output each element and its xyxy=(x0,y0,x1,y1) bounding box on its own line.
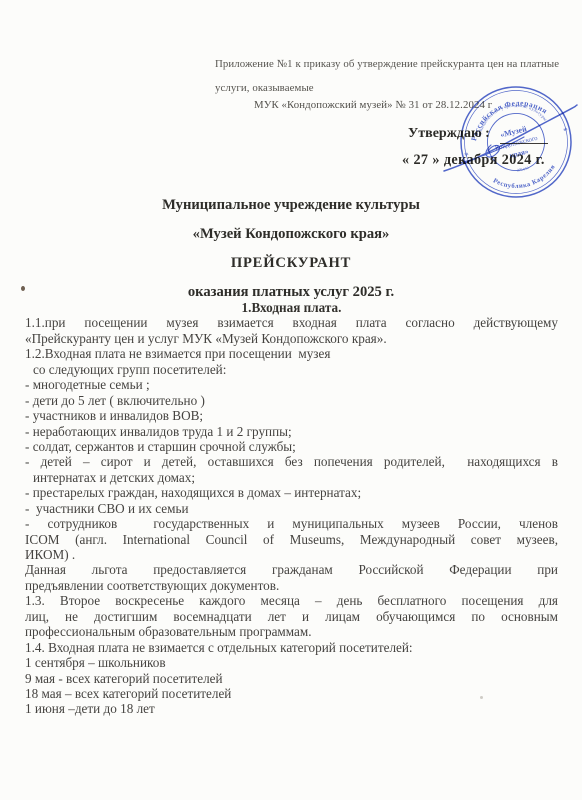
body-line: - неработающих инвалидов труда 1 и 2 гру… xyxy=(25,424,558,439)
appendix-line-1: Приложение №1 к приказу об утверждение п… xyxy=(215,58,559,70)
body-line: со следующих групп посетителей: xyxy=(25,362,558,377)
body-line: ICOM (англ. International Council of Mus… xyxy=(25,532,558,547)
body-line: - участников и инвалидов ВОВ; xyxy=(25,408,558,423)
body-line: 9 мая - всех категорий посетителей xyxy=(25,671,558,686)
body-line: - детей – сирот и детей, оставшихся без … xyxy=(25,454,558,469)
document-body: 1.Входная плата.1.1.при посещении музея … xyxy=(25,300,558,717)
body-line: - дети до 5 лет ( включительно ) xyxy=(25,393,558,408)
body-line: интернатах и детских домах; xyxy=(25,470,558,485)
title-block: Муниципальное учреждение культуры «Музей… xyxy=(0,191,582,307)
body-line: 1.4. Входная плата не взимается с отдель… xyxy=(25,640,558,655)
body-line: 1.3. Второе воскресенье каждого месяца –… xyxy=(25,593,558,608)
signature-stroke-main xyxy=(444,105,577,171)
body-line: профессиональным образовательным програм… xyxy=(25,624,558,639)
body-line: лиц, не достигшим восемнадцати лет и лиц… xyxy=(25,609,558,624)
body-line: - сотрудников государственных и муниципа… xyxy=(25,516,558,531)
body-line: 1 сентября – школьников xyxy=(25,655,558,670)
body-line: «Прейскуранту цен и услуг МУК «Музей Кон… xyxy=(25,331,558,346)
body-line: - многодетные семьи ; xyxy=(25,377,558,392)
body-line: 18 мая – всех категорий посетителей xyxy=(25,686,558,701)
body-line: 1.2.Входная плата не взимается при посещ… xyxy=(25,346,558,361)
body-line: ИКОМ) . xyxy=(25,547,558,562)
body-line: Данная льгота предоставляется гражданам … xyxy=(25,562,558,577)
scan-speck xyxy=(21,286,25,291)
signature-ink xyxy=(430,95,582,190)
scan-speck xyxy=(480,696,483,699)
scanned-document-page: Приложение №1 к приказу об утверждение п… xyxy=(0,0,582,800)
section-heading: 1.Входная плата. xyxy=(25,300,558,315)
document-title: ПРЕЙСКУРАНТ xyxy=(0,249,582,278)
body-line: предъявлении соответствующих документов. xyxy=(25,578,558,593)
org-type-line: Муниципальное учреждение культуры xyxy=(0,191,582,220)
appendix-line-2: услуги, оказываемые xyxy=(215,82,314,94)
body-line: 1 июня –дети до 18 лет xyxy=(25,701,558,716)
body-line: - солдат, сержантов и старшин срочной сл… xyxy=(25,439,558,454)
body-line: - престарелых граждан, находящихся в дом… xyxy=(25,485,558,500)
body-line: - участники СВО и их семьи xyxy=(25,501,558,516)
body-line: 1.1.при посещении музея взимается входна… xyxy=(25,315,558,330)
museum-name-line: «Музей Кондопожского края» xyxy=(0,220,582,249)
